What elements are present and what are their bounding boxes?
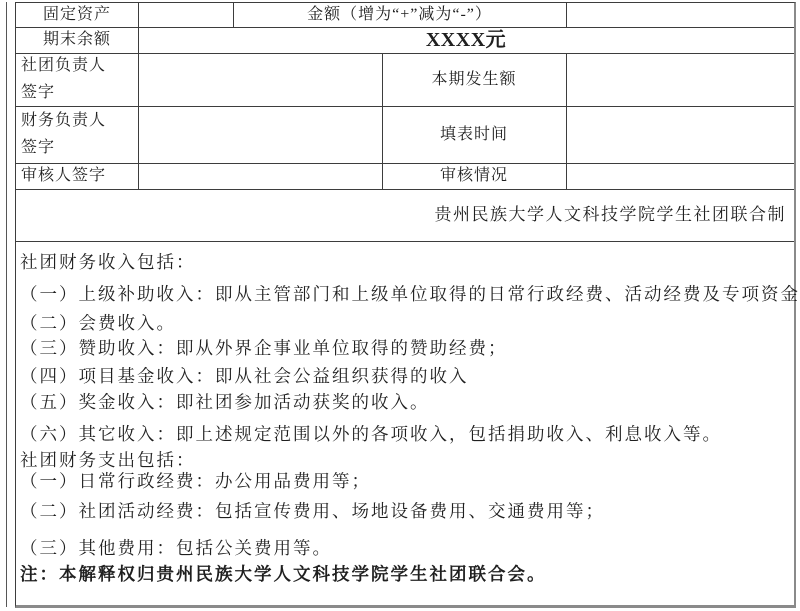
fill-date-cell[interactable] [566, 106, 794, 163]
ending-balance-value: XXXX元 [138, 27, 794, 53]
fill-date-label: 填表时间 [382, 106, 566, 163]
amount-sign-header: 金额（增为“+”减为“-”） [233, 3, 566, 27]
note-line: （二）会费收入。 [20, 313, 176, 333]
notes-block: 社团财务收入包括： （一）上级补助收入：即从主管部门和上级单位取得的日常行政经费… [16, 241, 794, 605]
org-leader-signature-label: 社团负责人 签字 [16, 53, 138, 106]
issuer-note: 贵州民族大学人文科技学院学生社团联合制 [16, 189, 794, 241]
note-line: （四）项目基金收入：即从社会公益组织获得的收入 [20, 366, 469, 386]
form-table: 固定资产 金额（增为“+”减为“-”） 期末余额 XXXX元 社团负责人 签字 … [15, 2, 796, 608]
note-line: 社团财务收入包括： [20, 252, 196, 272]
finance-leader-signature-label: 财务负责人 签字 [16, 106, 138, 163]
org-leader-label-line2: 签字 [21, 83, 55, 103]
fixed-assets-input-cell[interactable] [138, 3, 233, 27]
auditor-signature-label: 审核人签字 [16, 163, 138, 189]
amount-input-cell[interactable] [566, 3, 794, 27]
note-line: （三）其他费用：包括公关费用等。 [20, 538, 332, 558]
page-left-border-line [6, 2, 7, 607]
audit-status-label: 审核情况 [382, 163, 566, 189]
note-line: （一）日常行政经费：办公用品费用等； [20, 471, 371, 491]
current-period-amount-label: 本期发生额 [382, 53, 566, 106]
note-line: （五）奖金收入：即社团参加活动获奖的收入。 [20, 392, 430, 412]
finance-leader-label-line1: 财务负责人 [21, 111, 106, 131]
finance-leader-label-line2: 签字 [21, 138, 55, 158]
note-line: （二）社团活动经费：包括宣传费用、场地设备费用、交通费用等； [20, 501, 605, 521]
note-line: （三）赞助收入：即从外界企事业单位取得的赞助经费； [20, 338, 508, 358]
current-period-amount-cell[interactable] [566, 53, 794, 106]
finance-leader-signature-cell[interactable] [138, 106, 382, 163]
note-line: （六）其它收入：即上述规定范围以外的各项收入，包括捐助收入、利息收入等。 [20, 424, 722, 444]
note-line: （一）上级补助收入：即从主管部门和上级单位取得的日常行政经费、活动经费及专项资金… [20, 284, 800, 304]
fixed-assets-label: 固定资产 [16, 3, 138, 27]
org-leader-label-line1: 社团负责人 [21, 56, 106, 76]
ending-balance-label: 期末余额 [16, 27, 138, 53]
auditor-signature-cell[interactable] [138, 163, 382, 189]
note-disclaimer-line: 注：本解释权归贵州民族大学人文科技学院学生社团联合会。 [20, 564, 547, 584]
org-leader-signature-cell[interactable] [138, 53, 382, 106]
financial-form-document: 固定资产 金额（增为“+”减为“-”） 期末余额 XXXX元 社团负责人 签字 … [0, 0, 800, 611]
audit-status-cell[interactable] [566, 163, 794, 189]
note-line: 社团财务支出包括： [20, 450, 196, 470]
